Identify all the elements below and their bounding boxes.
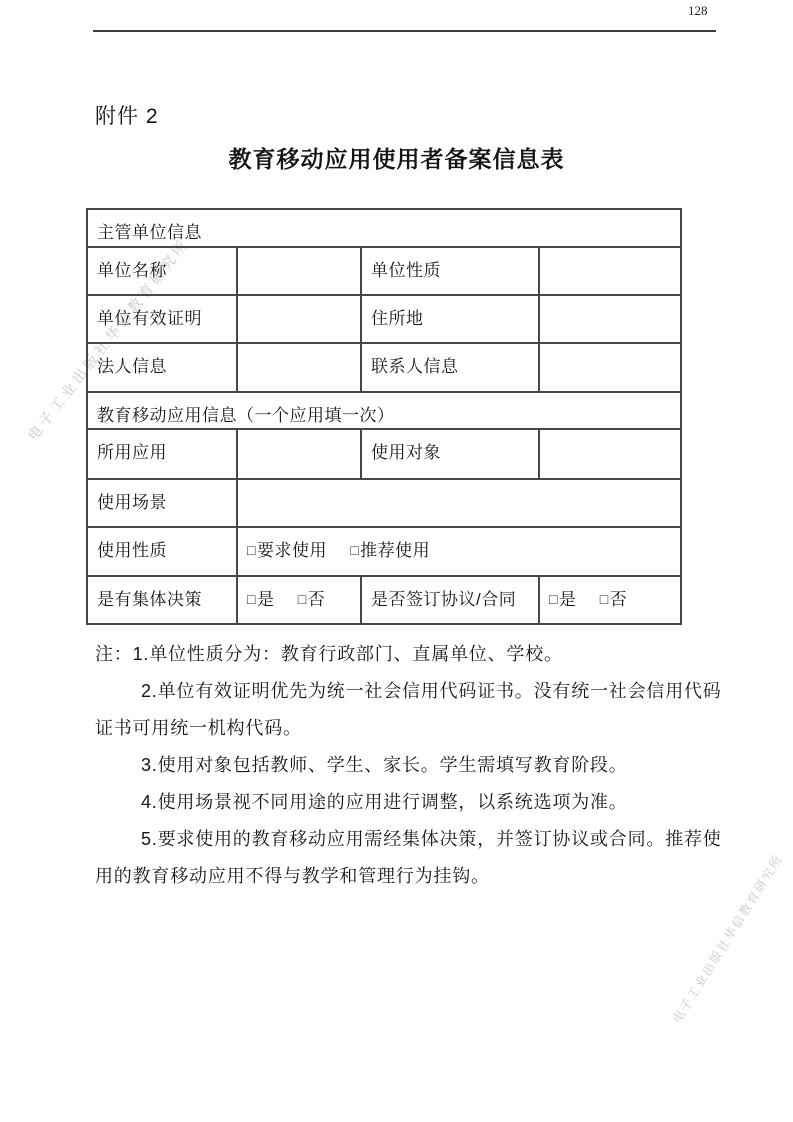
section-header-app-info: 教育移动应用信息（一个应用填一次） xyxy=(87,392,681,429)
checkbox-icon: □ xyxy=(549,591,558,607)
use-nature-options-cell: □要求使用 □推荐使用 xyxy=(237,527,681,576)
note-line-2: 2.单位有效证明优先为统一社会信用代码证书。没有统一社会信用代码 xyxy=(95,673,763,710)
checkbox-label: 否 xyxy=(610,590,628,609)
residence-label: 住所地 xyxy=(361,295,539,343)
header-rule xyxy=(93,30,716,32)
residence-value-cell xyxy=(539,295,681,343)
checkbox-label: 是 xyxy=(257,590,275,609)
sign-agreement-options-cell: □是 □否 xyxy=(539,576,681,624)
table-row: 单位有效证明 住所地 xyxy=(87,295,681,343)
unit-certificate-value-cell xyxy=(237,295,361,343)
checkbox-option-required: □要求使用 xyxy=(247,536,327,561)
checkbox-icon: □ xyxy=(600,591,609,607)
page-number: 128 xyxy=(688,3,708,19)
notes-block: 注：1.单位性质分为：教育行政部门、直属单位、学校。 2.单位有效证明优先为统一… xyxy=(95,636,763,895)
checkbox-label: 否 xyxy=(308,590,326,609)
used-app-label: 所用应用 xyxy=(87,429,237,479)
table-row: 所用应用 使用对象 xyxy=(87,429,681,479)
table-row: 教育移动应用信息（一个应用填一次） xyxy=(87,392,681,429)
checkbox-option-no: □否 xyxy=(600,585,627,610)
note-line-4: 4.使用场景视不同用途的应用进行调整，以系统选项为准。 xyxy=(95,784,763,821)
table-row: 法人信息 联系人信息 xyxy=(87,343,681,392)
legal-person-label: 法人信息 xyxy=(87,343,237,392)
checkbox-option-yes: □是 xyxy=(247,585,274,610)
unit-name-label: 单位名称 xyxy=(87,247,237,295)
table-row: 是有集体决策 □是 □否 是否签订协议/合同 □是 □否 xyxy=(87,576,681,624)
unit-certificate-label: 单位有效证明 xyxy=(87,295,237,343)
unit-name-value-cell xyxy=(237,247,361,295)
legal-person-value-cell xyxy=(237,343,361,392)
collective-decision-options-cell: □是 □否 xyxy=(237,576,361,624)
unit-nature-label: 单位性质 xyxy=(361,247,539,295)
checkbox-icon: □ xyxy=(247,542,256,558)
note-line-1: 注：1.单位性质分为：教育行政部门、直属单位、学校。 xyxy=(95,636,763,673)
checkbox-icon: □ xyxy=(298,591,307,607)
page-title: 教育移动应用使用者备案信息表 xyxy=(0,141,793,174)
use-scene-value-cell xyxy=(237,479,681,527)
use-nature-label: 使用性质 xyxy=(87,527,237,576)
use-target-value-cell xyxy=(539,429,681,479)
sign-agreement-label: 是否签订协议/合同 xyxy=(361,576,539,624)
checkbox-option-no: □否 xyxy=(298,585,325,610)
checkbox-icon: □ xyxy=(247,591,256,607)
checkbox-option-recommended: □推荐使用 xyxy=(350,536,430,561)
section-header-competent-unit: 主管单位信息 xyxy=(87,209,681,247)
table-row: 使用场景 xyxy=(87,479,681,527)
table-row: 主管单位信息 xyxy=(87,209,681,247)
checkbox-label: 要求使用 xyxy=(257,541,327,560)
used-app-value-cell xyxy=(237,429,361,479)
unit-nature-value-cell xyxy=(539,247,681,295)
note-line-3: 3.使用对象包括教师、学生、家长。学生需填写教育阶段。 xyxy=(95,747,763,784)
document-page: 电子工业出版社华信教育研究所 电子工业出版社华信教育研究所 128 附件 2 教… xyxy=(0,0,793,1122)
table-row: 单位名称 单位性质 xyxy=(87,247,681,295)
checkbox-option-yes: □是 xyxy=(549,585,576,610)
checkbox-label: 是 xyxy=(559,590,577,609)
note-line-5-continued: 用的教育移动应用不得与教学和管理行为挂钩。 xyxy=(95,858,763,895)
contact-person-value-cell xyxy=(539,343,681,392)
use-target-label: 使用对象 xyxy=(361,429,539,479)
use-scene-label: 使用场景 xyxy=(87,479,237,527)
collective-decision-label: 是有集体决策 xyxy=(87,576,237,624)
note-line-5: 5.要求使用的教育移动应用需经集体决策，并签订协议或合同。推荐使 xyxy=(95,821,763,858)
note-line-2-continued: 证书可用统一机构代码。 xyxy=(95,710,763,747)
table-row: 使用性质 □要求使用 □推荐使用 xyxy=(87,527,681,576)
contact-person-label: 联系人信息 xyxy=(361,343,539,392)
checkbox-icon: □ xyxy=(350,542,359,558)
form-table: 主管单位信息 单位名称 单位性质 单位有效证明 住所地 法人信息 联系人信息 xyxy=(86,208,682,625)
checkbox-label: 推荐使用 xyxy=(360,541,430,560)
attachment-label: 附件 2 xyxy=(95,100,159,130)
